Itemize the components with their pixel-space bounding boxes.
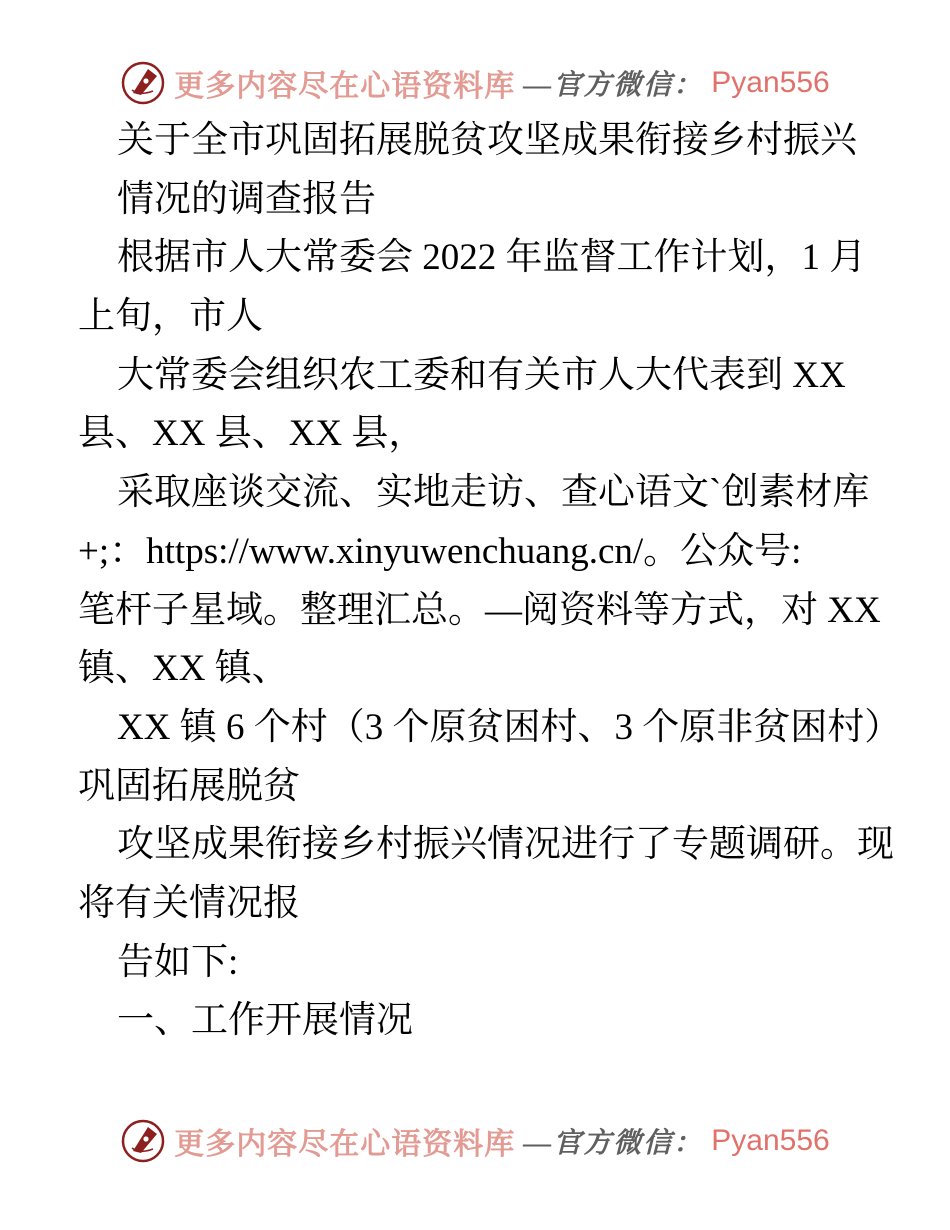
text-line: 攻坚成果衔接乡村振兴情况进行了专题调研。现 xyxy=(78,816,888,875)
wechat-label: —官方微信： xyxy=(523,1121,703,1161)
document-page: 更多内容尽在心语资料库 —官方微信： Pyan556 关于全市巩固拓展脱贫攻坚成… xyxy=(0,0,950,1230)
wechat-id: Pyan556 xyxy=(711,66,829,100)
header-watermark: 更多内容尽在心语资料库 —官方微信： Pyan556 xyxy=(0,60,950,106)
text-line: 将有关情况报 xyxy=(78,875,888,934)
text-line: 根据市人大常委会 2022 年监督工作计划，1 月 xyxy=(78,229,888,288)
pen-nib-circle-icon xyxy=(120,60,166,106)
text-line: 告如下: xyxy=(78,934,888,993)
footer-watermark: 更多内容尽在心语资料库 —官方微信： Pyan556 xyxy=(0,1118,950,1164)
document-title-line: 关于全市巩固拓展脱贫攻坚成果衔接乡村振兴 xyxy=(78,112,888,171)
text-line: 巩固拓展脱贫 xyxy=(78,758,888,817)
text-line: 县、XX 县、XX 县， xyxy=(78,405,888,464)
text-line: 上旬，市人 xyxy=(78,288,888,347)
text-line: 大常委会组织农工委和有关市人大代表到 XX xyxy=(78,347,888,406)
text-line: 笔杆子星域。整理汇总。—阅资料等方式，对 XX xyxy=(78,582,888,641)
section-heading-line: 一、工作开展情况 xyxy=(78,992,888,1051)
wechat-id: Pyan556 xyxy=(711,1124,829,1158)
text-line: 采取座谈交流、实地走访、查心语文`创素材库 xyxy=(78,464,888,523)
wechat-label: —官方微信： xyxy=(523,63,703,103)
document-body: 关于全市巩固拓展脱贫攻坚成果衔接乡村振兴情况的调查报告根据市人大常委会 2022… xyxy=(78,112,888,1051)
brand-text: 更多内容尽在心语资料库 xyxy=(174,1119,515,1163)
pen-nib-circle-icon xyxy=(120,1118,166,1164)
brand-text: 更多内容尽在心语资料库 xyxy=(174,61,515,105)
document-title-line: 情况的调查报告 xyxy=(78,171,888,230)
text-line: +;：https://www.xinyuwenchuang.cn/。公众号: xyxy=(78,523,888,582)
text-line: XX 镇 6 个村（3 个原贫困村、3 个原非贫困村） xyxy=(78,699,888,758)
text-line: 镇、XX 镇、 xyxy=(78,640,888,699)
